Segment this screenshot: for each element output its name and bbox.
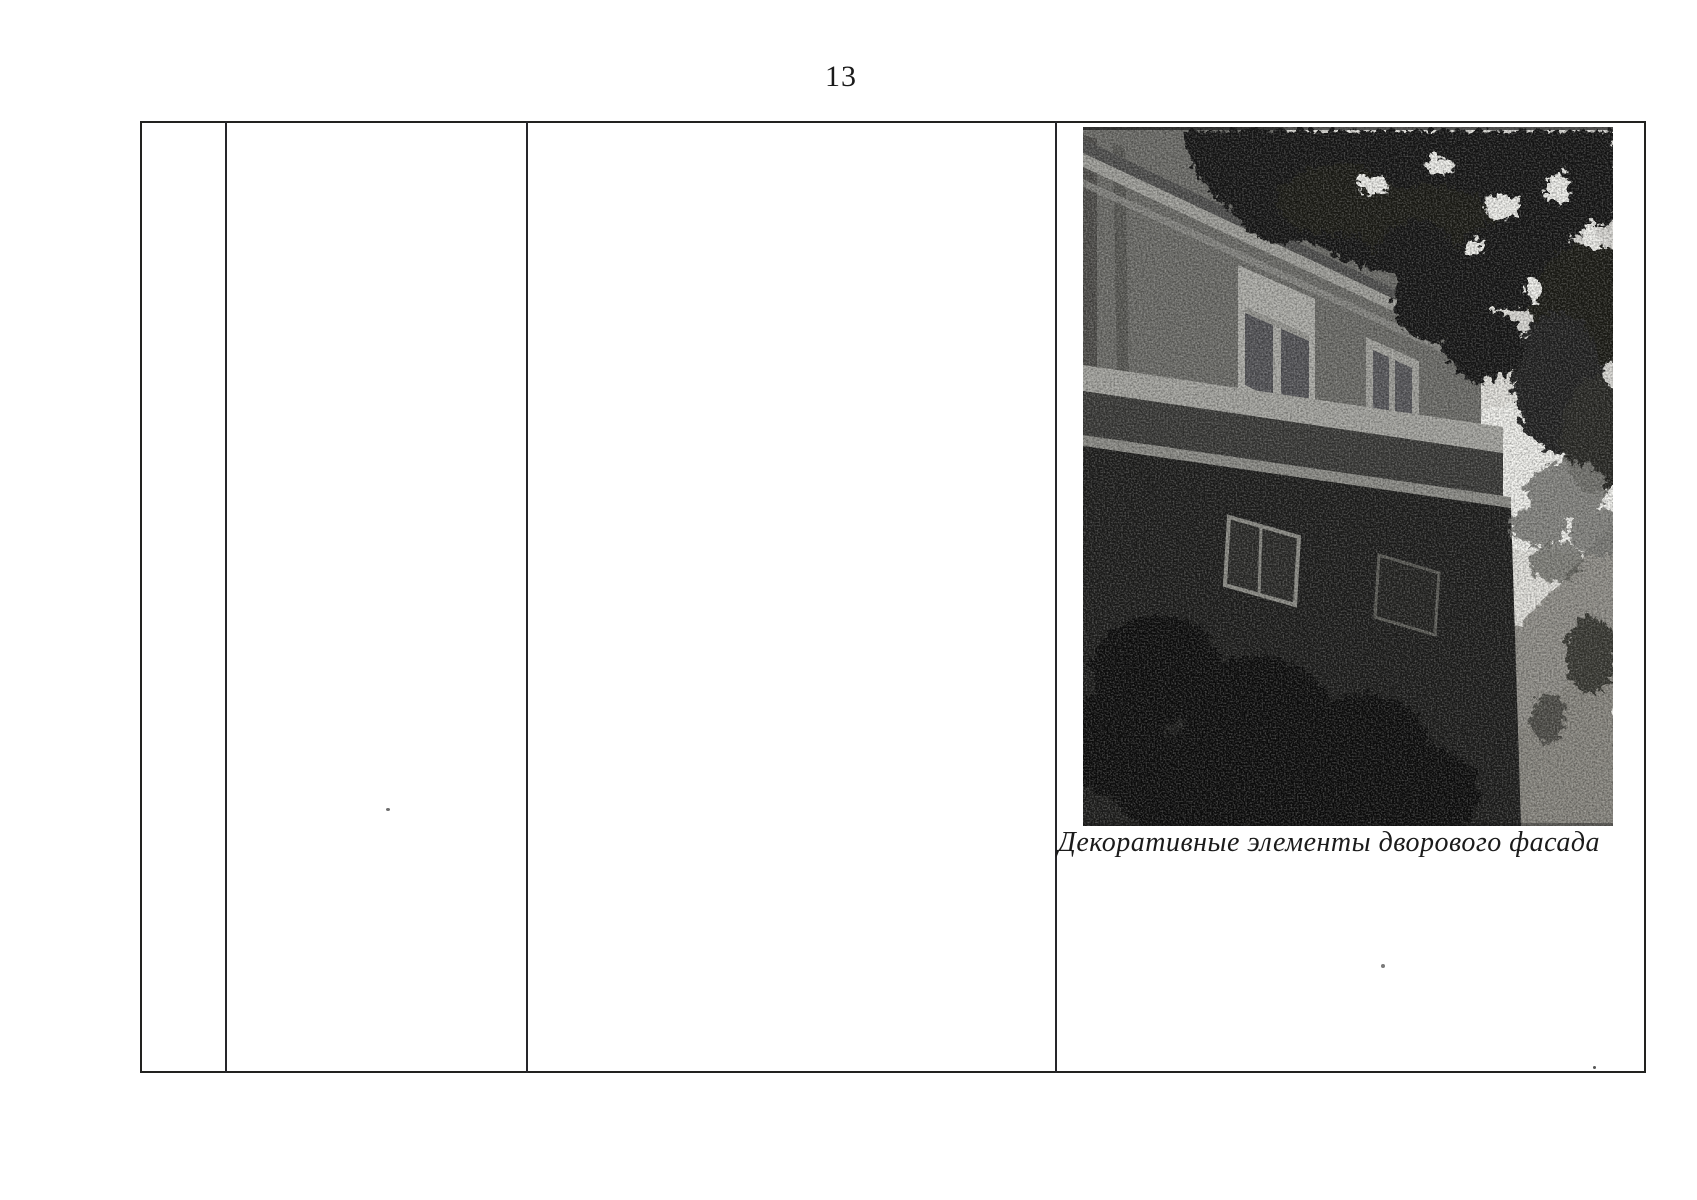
photo-grain-light (1083, 127, 1613, 826)
table-column-divider-1 (225, 121, 227, 1073)
table-column-divider-2 (526, 121, 528, 1073)
scan-speck (1381, 964, 1385, 968)
photo-top-edge (1083, 127, 1613, 130)
scan-speck (386, 808, 390, 811)
scan-speck (1593, 1066, 1596, 1069)
table-column-divider-3 (1055, 121, 1057, 1073)
photo-bottom-edge (1083, 823, 1613, 826)
document-page: 13 (0, 0, 1697, 1200)
facade-photo (1083, 127, 1613, 826)
photo-caption: Декоративные элементы дворового фасада (1058, 827, 1586, 859)
page-number: 13 (796, 60, 886, 94)
